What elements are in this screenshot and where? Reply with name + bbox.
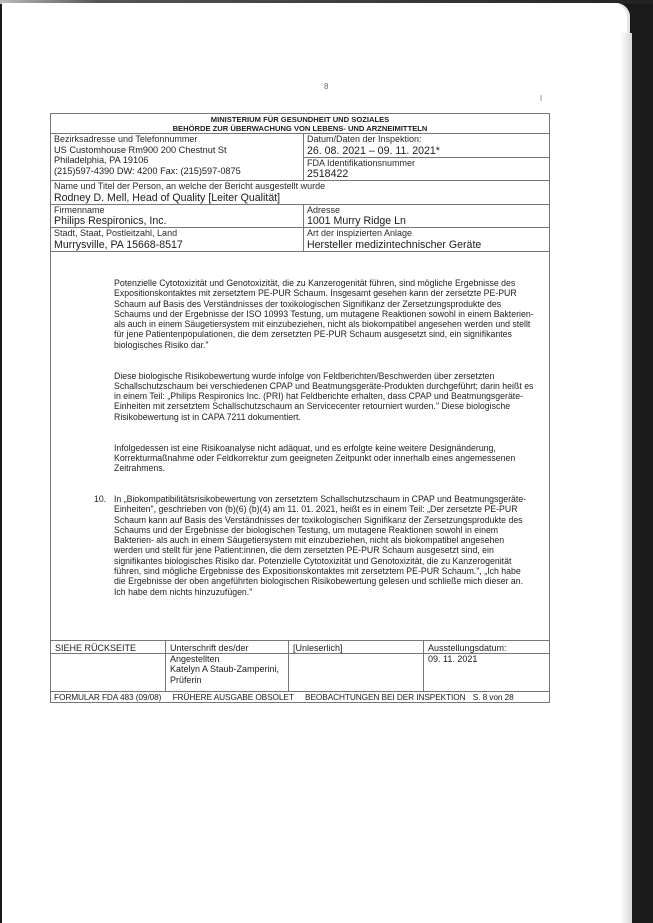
- footer-obsolete: FRÜHERE AUSGABE OBSOLET: [173, 692, 294, 702]
- firm-cell: Firmenname Philips Respironics, Inc.: [51, 205, 304, 228]
- city-row: Stadt, Staat, Postleitzahl, Land Murrysv…: [51, 228, 549, 252]
- observation-body: Potenzielle Cytotoxizität und Genotoxizi…: [114, 278, 534, 597]
- district-label: Bezirksadresse und Telefonnummer: [54, 134, 300, 145]
- facility-type-cell: Art der inspizierten Anlage Hersteller m…: [304, 228, 549, 251]
- issue-date-label: Ausstellungsdatum:: [428, 643, 545, 654]
- inspection-dates-label: Datum/Daten der Inspektion:: [307, 134, 546, 145]
- page-number: 8: [324, 82, 328, 91]
- fda-id-value: 2518422: [307, 168, 546, 180]
- address-value: 1001 Murry Ridge Ln: [307, 215, 546, 227]
- agency-header-line2: BEHÖRDE ZUR ÜBERWACHUNG VON LEBENS- UND …: [51, 124, 549, 133]
- footer-form-id: FORMULAR FDA 483 (09/08): [54, 692, 161, 702]
- recipient-cell: Name und Titel der Person, an welche der…: [51, 181, 549, 204]
- inspection-info-cell: Datum/Daten der Inspektion: 26. 08. 2021…: [304, 134, 549, 180]
- observation-paragraph-3: Infolgedessen ist eine Risikoanalyse nic…: [114, 443, 534, 474]
- agency-header: MINISTERIUM FÜR GESUNDHEIT UND SOZIALES …: [51, 114, 549, 134]
- facility-type-value: Hersteller medizintechnischer Geräte: [307, 239, 546, 251]
- signature-row: SIEHE RÜCKSEITE Unterschrift des/der Ang…: [50, 640, 550, 691]
- district-address-cell: Bezirksadresse und Telefonnummer US Cust…: [51, 134, 304, 180]
- firm-label: Firmenname: [54, 205, 300, 216]
- district-row: Bezirksadresse und Telefonnummer US Cust…: [51, 134, 549, 181]
- address-label: Adresse: [307, 205, 546, 216]
- city-cell: Stadt, Staat, Postleitzahl, Land Murrysv…: [51, 228, 304, 251]
- margin-mark: [540, 95, 542, 101]
- district-line1: US Customhouse Rm900 200 Chestnut St: [54, 145, 300, 156]
- recipient-row: Name und Titel der Person, an welche der…: [51, 181, 549, 205]
- observation-paragraph-2: Diese biologische Risikobewertung wurde …: [114, 371, 534, 422]
- see-reverse-label: SIEHE RÜCKSEITE: [55, 643, 136, 653]
- issue-date-value: 09. 11. 2021: [428, 654, 545, 665]
- page-edge-shadow: [620, 33, 632, 923]
- facility-type-label: Art der inspizierten Anlage: [307, 228, 546, 239]
- observation-item-text: In „Biokompatibilitätsrisikobewertung vo…: [114, 494, 534, 597]
- city-value: Murrysville, PA 15668-8517: [54, 239, 300, 251]
- fda-id-label: FDA Identifikationsnummer: [307, 158, 546, 169]
- recipient-label: Name und Titel der Person, an welche der…: [54, 181, 546, 192]
- issue-date-cell: Ausstellungsdatum: 09. 11. 2021: [424, 641, 549, 691]
- signature-value: [Unleserlich]: [293, 643, 343, 653]
- firm-value: Philips Respironics, Inc.: [54, 215, 300, 227]
- inspection-dates-value: 26. 08. 2021 – 09. 11. 2021*: [307, 145, 546, 157]
- see-reverse-cell: SIEHE RÜCKSEITE: [51, 641, 166, 691]
- fda-id-block: FDA Identifikationsnummer 2518422: [304, 157, 549, 181]
- form-box: MINISTERIUM FÜR GESUNDHEIT UND SOZIALES …: [50, 113, 550, 654]
- city-label: Stadt, Staat, Postleitzahl, Land: [54, 228, 300, 239]
- firm-row: Firmenname Philips Respironics, Inc. Adr…: [51, 205, 549, 229]
- district-line3: (215)597-4390 DW: 4200 Fax: (215)597-087…: [54, 166, 300, 177]
- observation-paragraph-1: Potenzielle Cytotoxizität und Genotoxizi…: [114, 278, 534, 350]
- form-footer: FORMULAR FDA 483 (09/08) FRÜHERE AUSGABE…: [50, 691, 550, 703]
- agency-header-line1: MINISTERIUM FÜR GESUNDHEIT UND SOZIALES: [51, 115, 549, 124]
- recipient-value: Rodney D. Mell, Head of Quality [Leiter …: [54, 192, 546, 204]
- footer-page: S. 8 von 28: [473, 692, 514, 702]
- footer-title: BEOBACHTUNGEN BEI DER INSPEKTION: [305, 692, 465, 702]
- employee-label: Unterschrift des/der Angestellten: [170, 643, 284, 664]
- address-cell: Adresse 1001 Murry Ridge Ln: [304, 205, 549, 228]
- employee-name: Katelyn A Staub-Zamperini, Prüferin: [170, 664, 284, 685]
- employee-cell: Unterschrift des/der Angestellten Kately…: [166, 641, 289, 691]
- district-line2: Philadelphia, PA 19106: [54, 155, 300, 166]
- observation-item-number: 10.: [94, 494, 114, 597]
- observation-item-10: 10. In „Biokompatibilitätsrisikobewertun…: [94, 494, 534, 597]
- signature-cell: [Unleserlich]: [289, 641, 424, 691]
